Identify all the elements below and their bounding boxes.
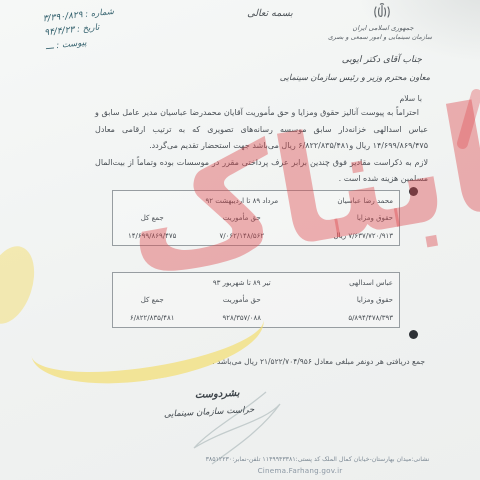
table-row: ۷/۶۳۷/۷۲۰/۹۱۳ ریال ۷/۰۶۲/۱۴۸/۵۶۲ ۱۴/۶۹۹/… — [113, 227, 399, 245]
col-total: جمع کل — [113, 214, 191, 222]
table-row: عباس اسدالهی تیر ۸۹ تا شهریور ۹۳ — [113, 273, 399, 291]
total-value: ۶/۸۲۲/۸۳۵/۴۸۱ — [113, 314, 191, 322]
stamp-number-label: شماره : — [85, 7, 115, 20]
footer-website: Cinema.Farhang.gov.ir — [220, 466, 380, 475]
mission-value: ۹۲۸/۳۵۷/۰۸۸ — [191, 314, 292, 322]
bismillah-text: بسمه تعالی — [228, 8, 312, 19]
person-name: محمد رضا عباسیان — [292, 197, 399, 205]
watermark-red-stroke — [456, 88, 480, 151]
reference-stamp: شماره : ۳/۳۹۰/۸۲۹ تاریخ : ۹۴/۴/۲۳ پیوست … — [42, 0, 166, 54]
col-mission: حق مأموریت — [191, 214, 292, 222]
stamp-date-label: تاریخ : — [77, 23, 100, 35]
stamp-date-value: ۹۴/۴/۲۳ — [44, 25, 75, 38]
table-row: ۵/۸۹۴/۴۷۸/۳۹۳ ۹۲۸/۳۵۷/۰۸۸ ۶/۸۲۲/۸۳۵/۴۸۱ — [113, 309, 399, 327]
period-range: تیر ۸۹ تا شهریور ۹۳ — [191, 279, 292, 287]
body-paragraph-1: احتراماً به پیوست آنالیز حقوق ومزایا و ح… — [95, 105, 428, 155]
scanned-letter: شماره : ۳/۳۹۰/۸۲۹ تاریخ : ۹۴/۴/۲۳ پیوست … — [0, 0, 480, 480]
table-row: حقوق ومزایا حق مأموریت جمع کل — [113, 291, 399, 309]
signer-name: بشردوست — [137, 388, 239, 404]
addressee-name: جناب آقای دکتر ایوبی — [342, 55, 422, 65]
payment-table-asadollahi: عباس اسدالهی تیر ۸۹ تا شهریور ۹۳ حقوق وم… — [112, 272, 400, 328]
footer-address: نشانی:میدان بهارستان-خیابان کمال الملک ک… — [185, 456, 450, 463]
stamp-attachment-value: ـــ — [45, 41, 54, 52]
stamp-attachment-label: پیوست : — [56, 38, 87, 51]
table-row: محمد رضا عباسیان مرداد ۸۹ تا اردیبهشت ۹۲ — [113, 191, 399, 209]
letter-body: احتراماً به پیوست آنالیز حقوق ومزایا و ح… — [95, 105, 428, 188]
addressee-title: معاون محترم وزیر و رئیس سازمان سینمایی — [280, 72, 430, 82]
salary-value: ۷/۶۳۷/۷۲۰/۹۱۳ ریال — [292, 232, 399, 240]
bullet-icon — [409, 187, 418, 196]
watermark-yellow-blob — [0, 240, 43, 330]
person-name: عباس اسدالهی — [292, 279, 399, 287]
bullet-icon — [409, 330, 418, 339]
col-total: جمع کل — [113, 296, 191, 304]
salary-value: ۵/۸۹۴/۴۷۸/۳۹۳ — [292, 314, 399, 322]
table-row: حقوق ومزایا حق مأموریت جمع کل — [113, 209, 399, 227]
org-name-line2: سازمان سینمایی و امور سمعی و بصری — [318, 33, 442, 42]
col-salary: حقوق ومزایا — [292, 214, 399, 222]
body-paragraph-2: لازم به ذکراست مقادیر فوق چندین برابر عر… — [95, 155, 428, 188]
payment-table-abbasian: محمد رضا عباسیان مرداد ۸۹ تا اردیبهشت ۹۲… — [112, 190, 400, 246]
col-mission: حق مأموریت — [191, 296, 292, 304]
mission-value: ۷/۰۶۲/۱۴۸/۵۶۲ — [191, 232, 292, 240]
col-salary: حقوق ومزایا — [292, 296, 399, 304]
total-value: ۱۴/۶۹۹/۸۶۹/۴۷۵ — [113, 232, 191, 240]
grand-total-line: جمع دریافتی هر دونفر مبلغی معادل ۲۱/۵۲۲/… — [212, 357, 425, 366]
org-name-line1: جمهوری اسلامی ایران — [336, 24, 430, 33]
salutation: با سلام — [400, 94, 422, 103]
period-range: مرداد ۸۹ تا اردیبهشت ۹۲ — [191, 197, 292, 205]
